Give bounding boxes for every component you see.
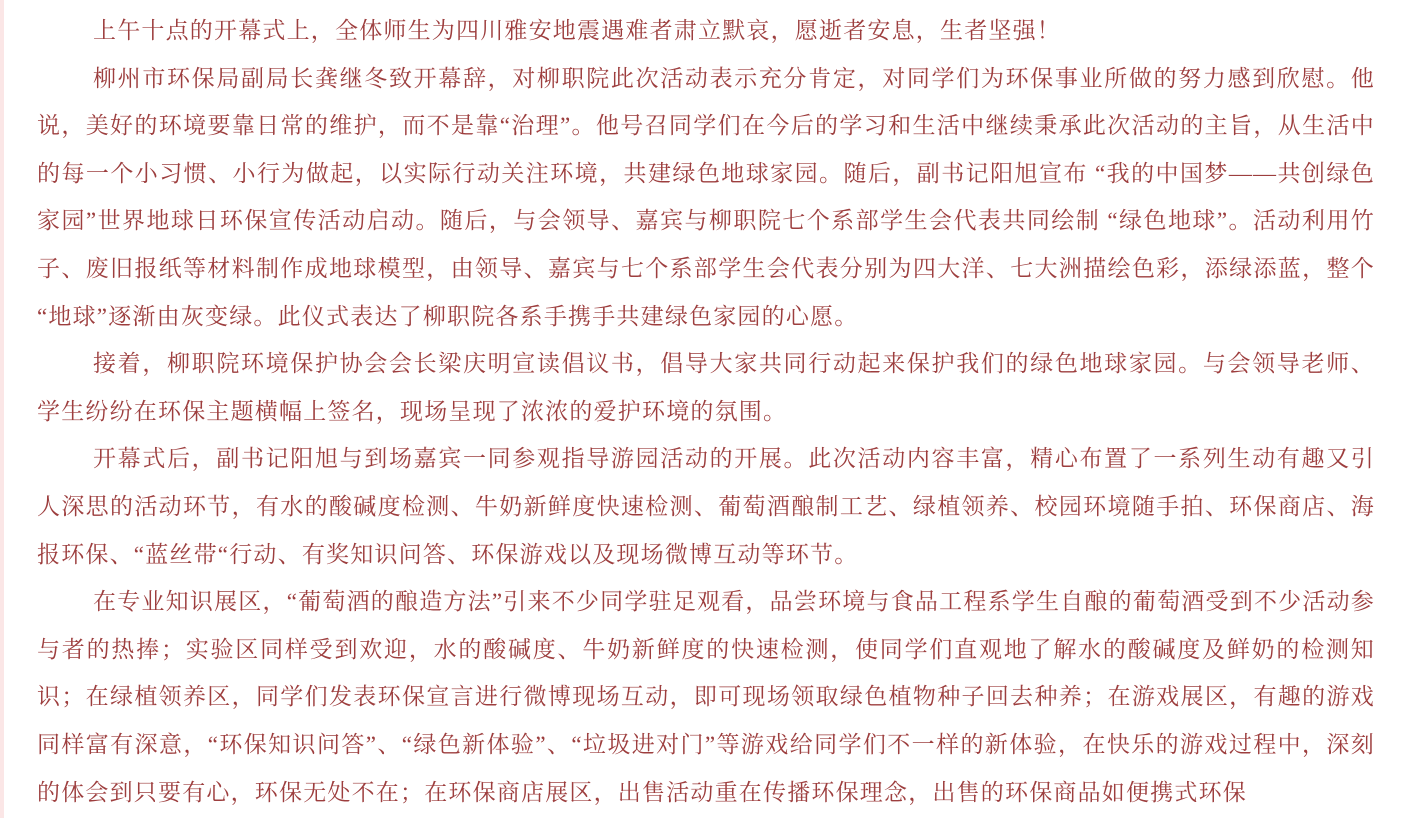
paragraph-silent-tribute: 上午十点的开幕式上，全体师生为四川雅安地震遇难者肃立默哀，愿逝者安息，生者坚强！ [37, 7, 1375, 55]
paragraph-garden-activities: 开幕式后，副书记阳旭与到场嘉宾一同参观指导游园活动的开展。此次活动内容丰富，精心… [37, 435, 1375, 578]
article-body: 上午十点的开幕式上，全体师生为四川雅安地震遇难者肃立默哀，愿逝者安息，生者坚强！… [37, 7, 1375, 816]
document-page: { "page": { "background": "#ffffff", "le… [0, 0, 1409, 818]
page-left-margin-strip [0, 0, 4, 818]
paragraph-proposal-reading: 接着，柳职院环境保护协会会长梁庆明宣读倡议书，倡导大家共同行动起来保护我们的绿色… [37, 340, 1375, 435]
paragraph-exhibition-zones: 在专业知识展区，“葡萄酒的酿造方法”引来不少同学驻足观看，品尝环境与食品工程系学… [37, 578, 1375, 816]
paragraph-opening-speech: 柳州市环保局副局长龚继冬致开幕辞，对柳职院此次活动表示充分肯定，对同学们为环保事… [37, 55, 1375, 341]
